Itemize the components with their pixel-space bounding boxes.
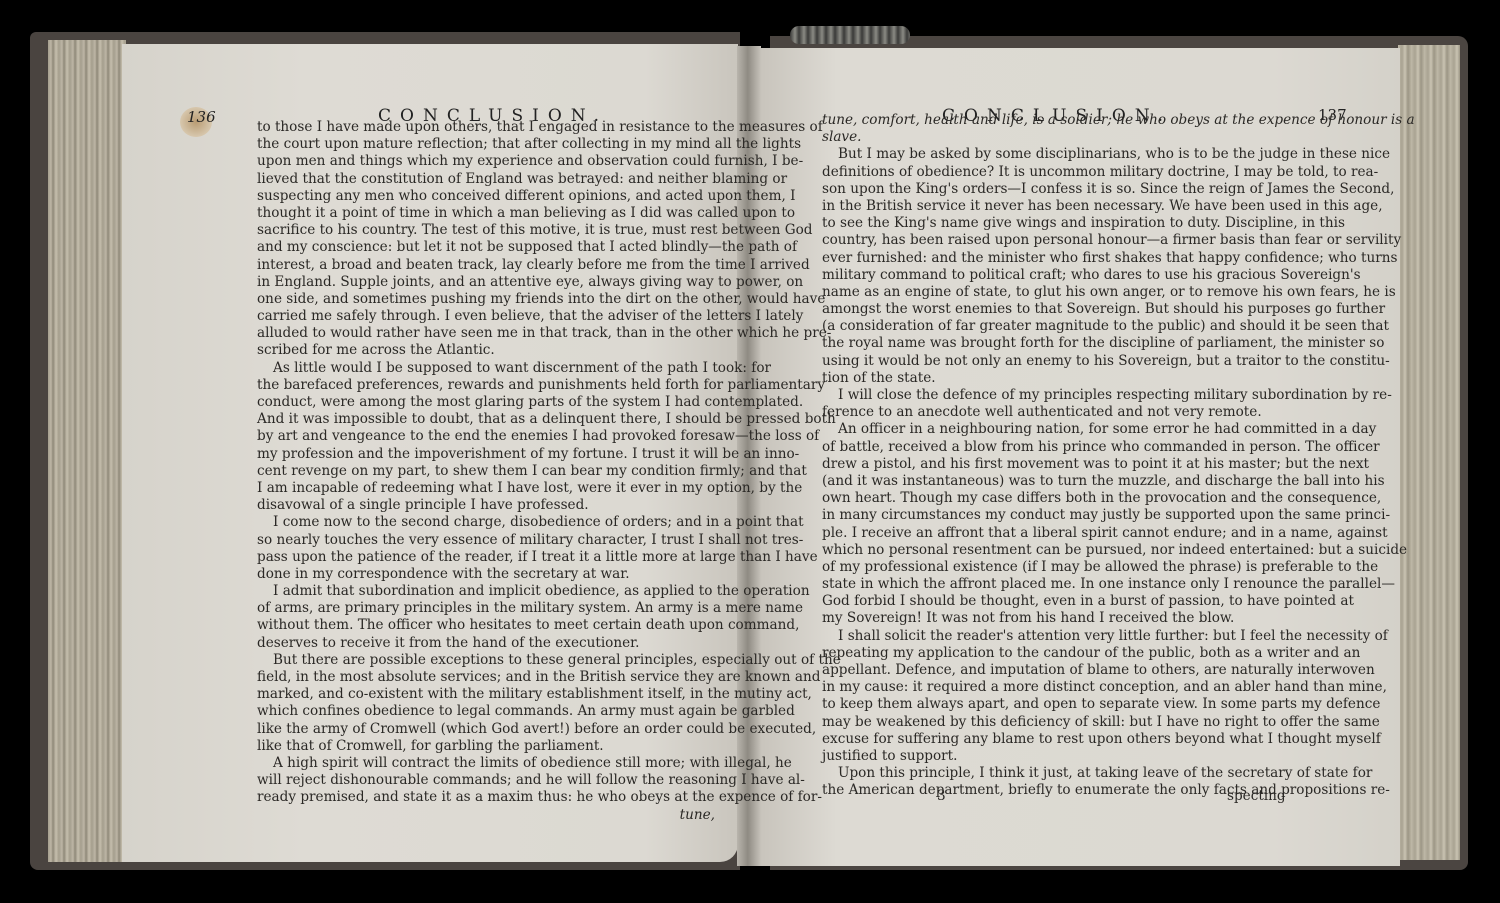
text-line: own heart. Though my case differs both i… xyxy=(822,490,1279,507)
text-line: And it was impossible to doubt, that as … xyxy=(257,411,715,428)
text-line: done in my correspondence with the secre… xyxy=(257,566,715,583)
text-line: repeating my application to the candour … xyxy=(822,645,1279,662)
text-line: by art and vengeance to the end the enem… xyxy=(257,428,715,445)
text-line: I am incapable of redeeming what I have … xyxy=(257,480,715,497)
text-line: ready premised, and state it as a maxim … xyxy=(257,789,715,806)
text-line: An officer in a neighbouring nation, for… xyxy=(822,421,1279,438)
text-line: military command to political craft; who… xyxy=(822,267,1279,284)
text-line: As little would I be supposed to want di… xyxy=(257,360,715,377)
open-book: 136 CONCLUSION. to those I have made upo… xyxy=(0,0,1500,903)
text-line: God forbid I should be thought, even in … xyxy=(822,593,1279,610)
text-line: conduct, were among the most glaring par… xyxy=(257,394,715,411)
text-line: I shall solicit the reader's attention v… xyxy=(822,628,1279,645)
text-line: country, has been raised upon personal h… xyxy=(822,232,1279,249)
text-line: without them. The officer who hesitates … xyxy=(257,617,715,634)
text-line: will reject dishonourable commands; and … xyxy=(257,772,715,789)
text-line: deserves to receive it from the hand of … xyxy=(257,635,715,652)
text-line: appellant. Defence, and imputation of bl… xyxy=(822,662,1279,679)
text-line: (a consideration of far greater magnitud… xyxy=(822,318,1279,335)
text-line: thought it a point of time in which a ma… xyxy=(257,205,715,222)
text-line: ference to an anecdote well authenticate… xyxy=(822,404,1279,421)
text-line: to those I have made upon others, that I… xyxy=(257,119,715,136)
text-line: disavowal of a single principle I have p… xyxy=(257,497,715,514)
text-line: cent revenge on my part, to shew them I … xyxy=(257,463,715,480)
text-line: sacrifice to his country. The test of th… xyxy=(257,222,715,239)
text-line: the court upon mature reflection; that a… xyxy=(257,136,715,153)
text-line: slave. xyxy=(822,129,1279,146)
text-line: lieved that the constitution of England … xyxy=(257,171,715,188)
page-edges-right xyxy=(1398,45,1460,860)
text-line: Upon this principle, I think it just, at… xyxy=(822,765,1279,782)
text-line: marked, and co-existent with the militar… xyxy=(257,686,715,703)
text-line: of battle, received a blow from his prin… xyxy=(822,439,1279,456)
text-line: name as an engine of state, to glut his … xyxy=(822,284,1279,301)
page-edges-left xyxy=(48,40,126,862)
text-line: (and it was instantaneous) was to turn t… xyxy=(822,473,1279,490)
text-line: which no personal resentment can be purs… xyxy=(822,542,1279,559)
text-line: I will close the defence of my principle… xyxy=(822,387,1279,404)
text-line: the American department, briefly to enum… xyxy=(822,782,1279,799)
text-line: scribed for me across the Atlantic. xyxy=(257,342,715,359)
text-line: excuse for suffering any blame to rest u… xyxy=(822,731,1279,748)
text-line: I admit that subordination and implicit … xyxy=(257,583,715,600)
text-line: carried me safely through. I even believ… xyxy=(257,308,715,325)
text-line: tion of the state. xyxy=(822,370,1279,387)
text-line: in my cause: it required a more distinct… xyxy=(822,679,1279,696)
text-line: of my professional existence (if I may b… xyxy=(822,559,1279,576)
text-line: alluded to would rather have seen me in … xyxy=(257,325,715,342)
text-line: one side, and sometimes pushing my frien… xyxy=(257,291,715,308)
signature-mark: 3 xyxy=(937,788,946,804)
text-line: the barefaced preferences, rewards and p… xyxy=(257,377,715,394)
left-page-text: to those I have made upon others, that I… xyxy=(257,119,715,824)
right-page-text: tune, comfort, health and life, is a sol… xyxy=(822,112,1279,800)
text-line: justified to support. xyxy=(822,748,1279,765)
text-line: I come now to the second charge, disobed… xyxy=(257,514,715,531)
text-line: like the army of Cromwell (which God ave… xyxy=(257,721,715,738)
text-line: interest, a broad and beaten track, lay … xyxy=(257,257,715,274)
text-line: in England. Supple joints, and an attent… xyxy=(257,274,715,291)
text-line: upon men and things which my experience … xyxy=(257,153,715,170)
catchword: specting xyxy=(1227,788,1286,804)
text-line: like that of Cromwell, for garbling the … xyxy=(257,738,715,755)
text-line: field, in the most absolute services; an… xyxy=(257,669,715,686)
text-line: ever furnished: and the minister who fir… xyxy=(822,250,1279,267)
text-line: tune, comfort, health and life, is a sol… xyxy=(822,112,1279,129)
text-line: the royal name was brought forth for the… xyxy=(822,335,1279,352)
text-line: of arms, are primary principles in the m… xyxy=(257,600,715,617)
text-line: my profession and the impoverishment of … xyxy=(257,446,715,463)
text-line: A high spirit will contract the limits o… xyxy=(257,755,715,772)
text-line: amongst the worst enemies to that Sovere… xyxy=(822,301,1279,318)
text-line: But I may be asked by some disciplinaria… xyxy=(822,146,1279,163)
text-line: in many circumstances my conduct may jus… xyxy=(822,507,1279,524)
text-line: son upon the King's orders—I confess it … xyxy=(822,181,1279,198)
text-line: using it would be not only an enemy to h… xyxy=(822,353,1279,370)
page-number-left: 136 xyxy=(187,108,216,126)
text-line: to see the King's name give wings and in… xyxy=(822,215,1279,232)
text-line: to keep them always apart, and open to s… xyxy=(822,696,1279,713)
text-line: tune, xyxy=(257,807,715,824)
text-line: and my conscience: but let it not be sup… xyxy=(257,239,715,256)
text-line: may be weakened by this deficiency of sk… xyxy=(822,714,1279,731)
text-line: so nearly touches the very essence of mi… xyxy=(257,532,715,549)
text-line: definitions of obedience? It is uncommon… xyxy=(822,164,1279,181)
text-line: But there are possible exceptions to the… xyxy=(257,652,715,669)
bookmark-clasp xyxy=(790,26,910,44)
text-line: which confines obedience to legal comman… xyxy=(257,703,715,720)
text-line: my Sovereign! It was not from his hand I… xyxy=(822,610,1279,627)
text-line: suspecting any men who conceived differe… xyxy=(257,188,715,205)
text-line: pass upon the patience of the reader, if… xyxy=(257,549,715,566)
text-line: in the British service it never has been… xyxy=(822,198,1279,215)
text-line: state in which the affront placed me. In… xyxy=(822,576,1279,593)
text-line: drew a pistol, and his first movement wa… xyxy=(822,456,1279,473)
text-line: ple. I receive an affront that a liberal… xyxy=(822,525,1279,542)
